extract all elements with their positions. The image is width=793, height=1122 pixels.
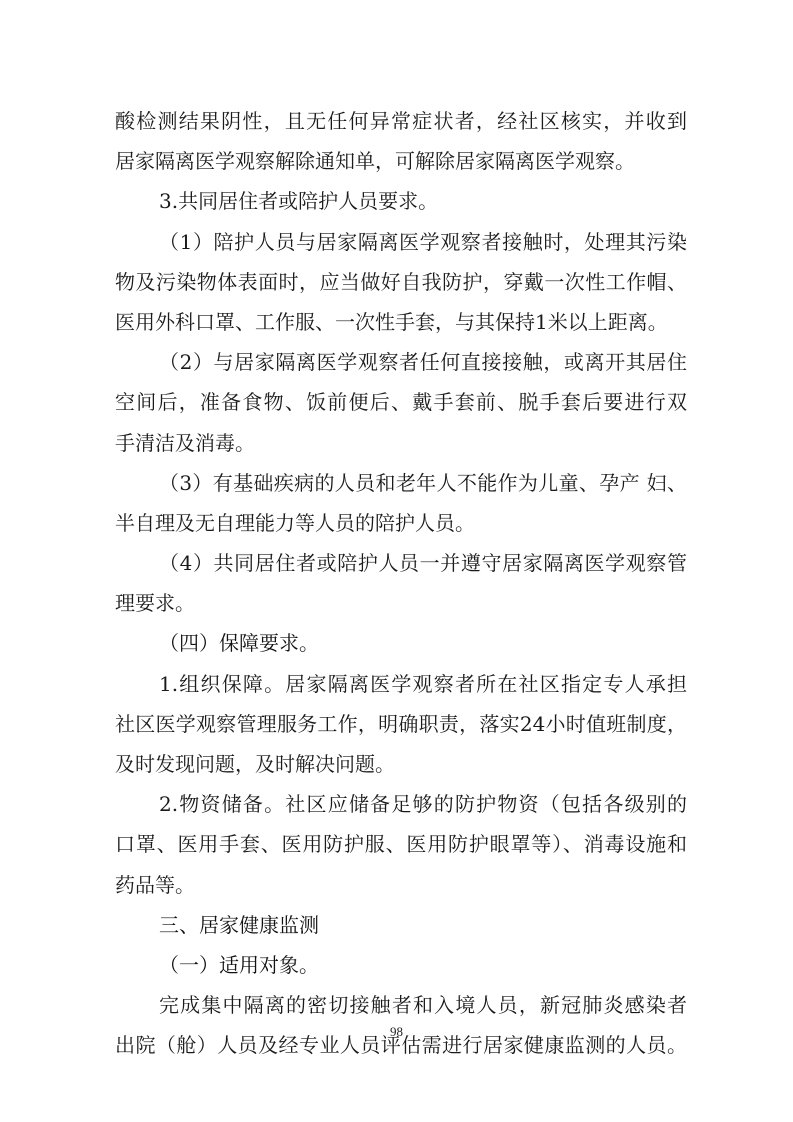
text-line: 3.共同居住者或陪护人员要求。 (115, 181, 687, 221)
text-line: 居家隔离医学观察解除通知单，可解除居家隔离医学观察。 (115, 141, 687, 181)
text-line: 理要求。 (115, 583, 687, 623)
text-line: （4）共同居住者或陪护人员一并遵守居家隔离医学观察管 (115, 543, 687, 583)
text-line: 1.组织保障。居家隔离医学观察者所在社区指定专人承担 (115, 664, 687, 704)
section-heading: 三、居家健康监测 (115, 905, 687, 945)
text-line: 空间后，准备食物、饭前便后、戴手套前、脱手套后要进行双 (115, 382, 687, 422)
text-line: 完成集中隔离的密切接触者和入境人员，新冠肺炎感染者 (115, 985, 687, 1025)
text-line: 及时发现问题，及时解决问题。 (115, 744, 687, 784)
document-page: 酸检测结果阴性，且无任何异常症状者，经社区核实，并收到 居家隔离医学观察解除通知… (0, 0, 793, 1122)
page-number: 98 (0, 1024, 793, 1040)
text-line: 药品等。 (115, 865, 687, 905)
text-line: （2）与居家隔离医学观察者任何直接接触，或离开其居住 (115, 342, 687, 382)
text-line: 物及污染物体表面时，应当做好自我防护，穿戴一次性工作帽、 (115, 262, 687, 302)
text-line: 口罩、医用手套、医用防护服、医用防护眼罩等）、消毒设施和 (115, 824, 687, 864)
text-line: （3）有基础疾病的人员和老年人不能作为儿童、孕产 妇、 (115, 463, 687, 503)
text-line: 酸检测结果阴性，且无任何异常症状者，经社区核实，并收到 (115, 101, 687, 141)
section-subheading: （一）适用对象。 (115, 945, 687, 985)
text-line: 半自理及无自理能力等人员的陪护人员。 (115, 503, 687, 543)
section-subheading: （四）保障要求。 (115, 623, 687, 663)
text-line: 2.物资储备。社区应储备足够的防护物资（包括各级别的 (115, 784, 687, 824)
text-line: （1）陪护人员与居家隔离医学观察者接触时，处理其污染 (115, 222, 687, 262)
text-line: 医用外科口罩、工作服、一次性手套，与其保持1米以上距离。 (115, 302, 687, 342)
body-text: 酸检测结果阴性，且无任何异常症状者，经社区核实，并收到 居家隔离医学观察解除通知… (115, 101, 687, 1066)
text-line: 社区医学观察管理服务工作，明确职责，落实24小时值班制度， (115, 704, 687, 744)
text-line: 手清洁及消毒。 (115, 423, 687, 463)
